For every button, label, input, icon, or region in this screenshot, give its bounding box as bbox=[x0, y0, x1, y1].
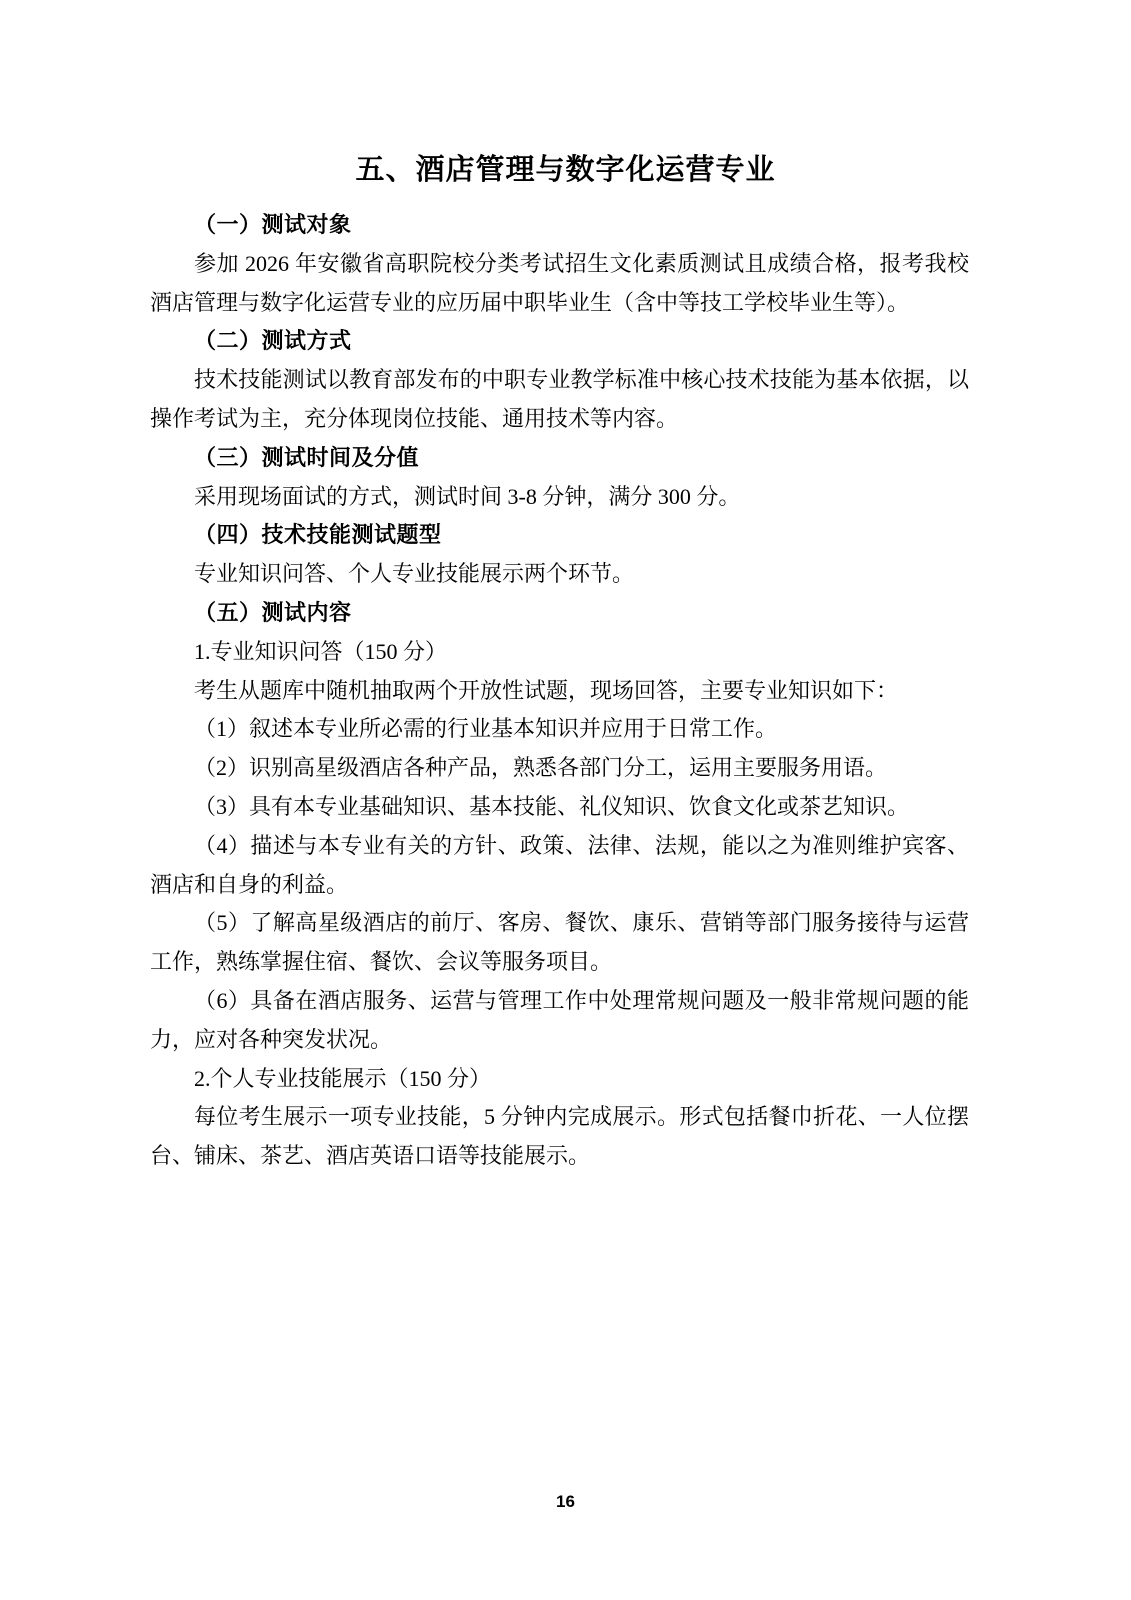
document-body: （一）测试对象参加 2026 年安徽省高职院校分类考试招生文化素质测试且成绩合格… bbox=[150, 206, 969, 1176]
page-title: 五、酒店管理与数字化运营专业 bbox=[0, 0, 1131, 190]
paragraph: 1.专业知识问答（150 分） bbox=[150, 633, 969, 672]
paragraph: 每位考生展示一项专业技能，5 分钟内完成展示。形式包括餐巾折花、一人位摆台、铺床… bbox=[150, 1098, 969, 1176]
paragraph: 2.个人专业技能展示（150 分） bbox=[150, 1060, 969, 1099]
paragraph: 专业知识问答、个人专业技能展示两个环节。 bbox=[150, 555, 969, 594]
page-number: 16 bbox=[0, 1492, 1131, 1512]
paragraph: 技术技能测试以教育部发布的中职专业教学标准中核心技术技能为基本依据，以操作考试为… bbox=[150, 361, 969, 439]
section-heading: （一）测试对象 bbox=[150, 206, 969, 245]
paragraph: （5）了解高星级酒店的前厅、客房、餐饮、康乐、营销等部门服务接待与运营工作，熟练… bbox=[150, 904, 969, 982]
section-heading: （五）测试内容 bbox=[150, 594, 969, 633]
paragraph: 采用现场面试的方式，测试时间 3-8 分钟，满分 300 分。 bbox=[150, 478, 969, 517]
paragraph: 考生从题库中随机抽取两个开放性试题，现场回答，主要专业知识如下： bbox=[150, 672, 969, 711]
paragraph: （3）具有本专业基础知识、基本技能、礼仪知识、饮食文化或茶艺知识。 bbox=[150, 788, 969, 827]
paragraph: （2）识别高星级酒店各种产品，熟悉各部门分工，运用主要服务用语。 bbox=[150, 749, 969, 788]
section-heading: （三）测试时间及分值 bbox=[150, 439, 969, 478]
section-heading: （四）技术技能测试题型 bbox=[150, 516, 969, 555]
paragraph: （4）描述与本专业有关的方针、政策、法律、法规，能以之为准则维护宾客、酒店和自身… bbox=[150, 827, 969, 905]
document-page: 五、酒店管理与数字化运营专业 （一）测试对象参加 2026 年安徽省高职院校分类… bbox=[0, 0, 1131, 1600]
section-heading: （二）测试方式 bbox=[150, 322, 969, 361]
paragraph: （6）具备在酒店服务、运营与管理工作中处理常规问题及一般非常规问题的能力，应对各… bbox=[150, 982, 969, 1060]
paragraph: （1）叙述本专业所必需的行业基本知识并应用于日常工作。 bbox=[150, 710, 969, 749]
paragraph: 参加 2026 年安徽省高职院校分类考试招生文化素质测试且成绩合格，报考我校酒店… bbox=[150, 245, 969, 323]
